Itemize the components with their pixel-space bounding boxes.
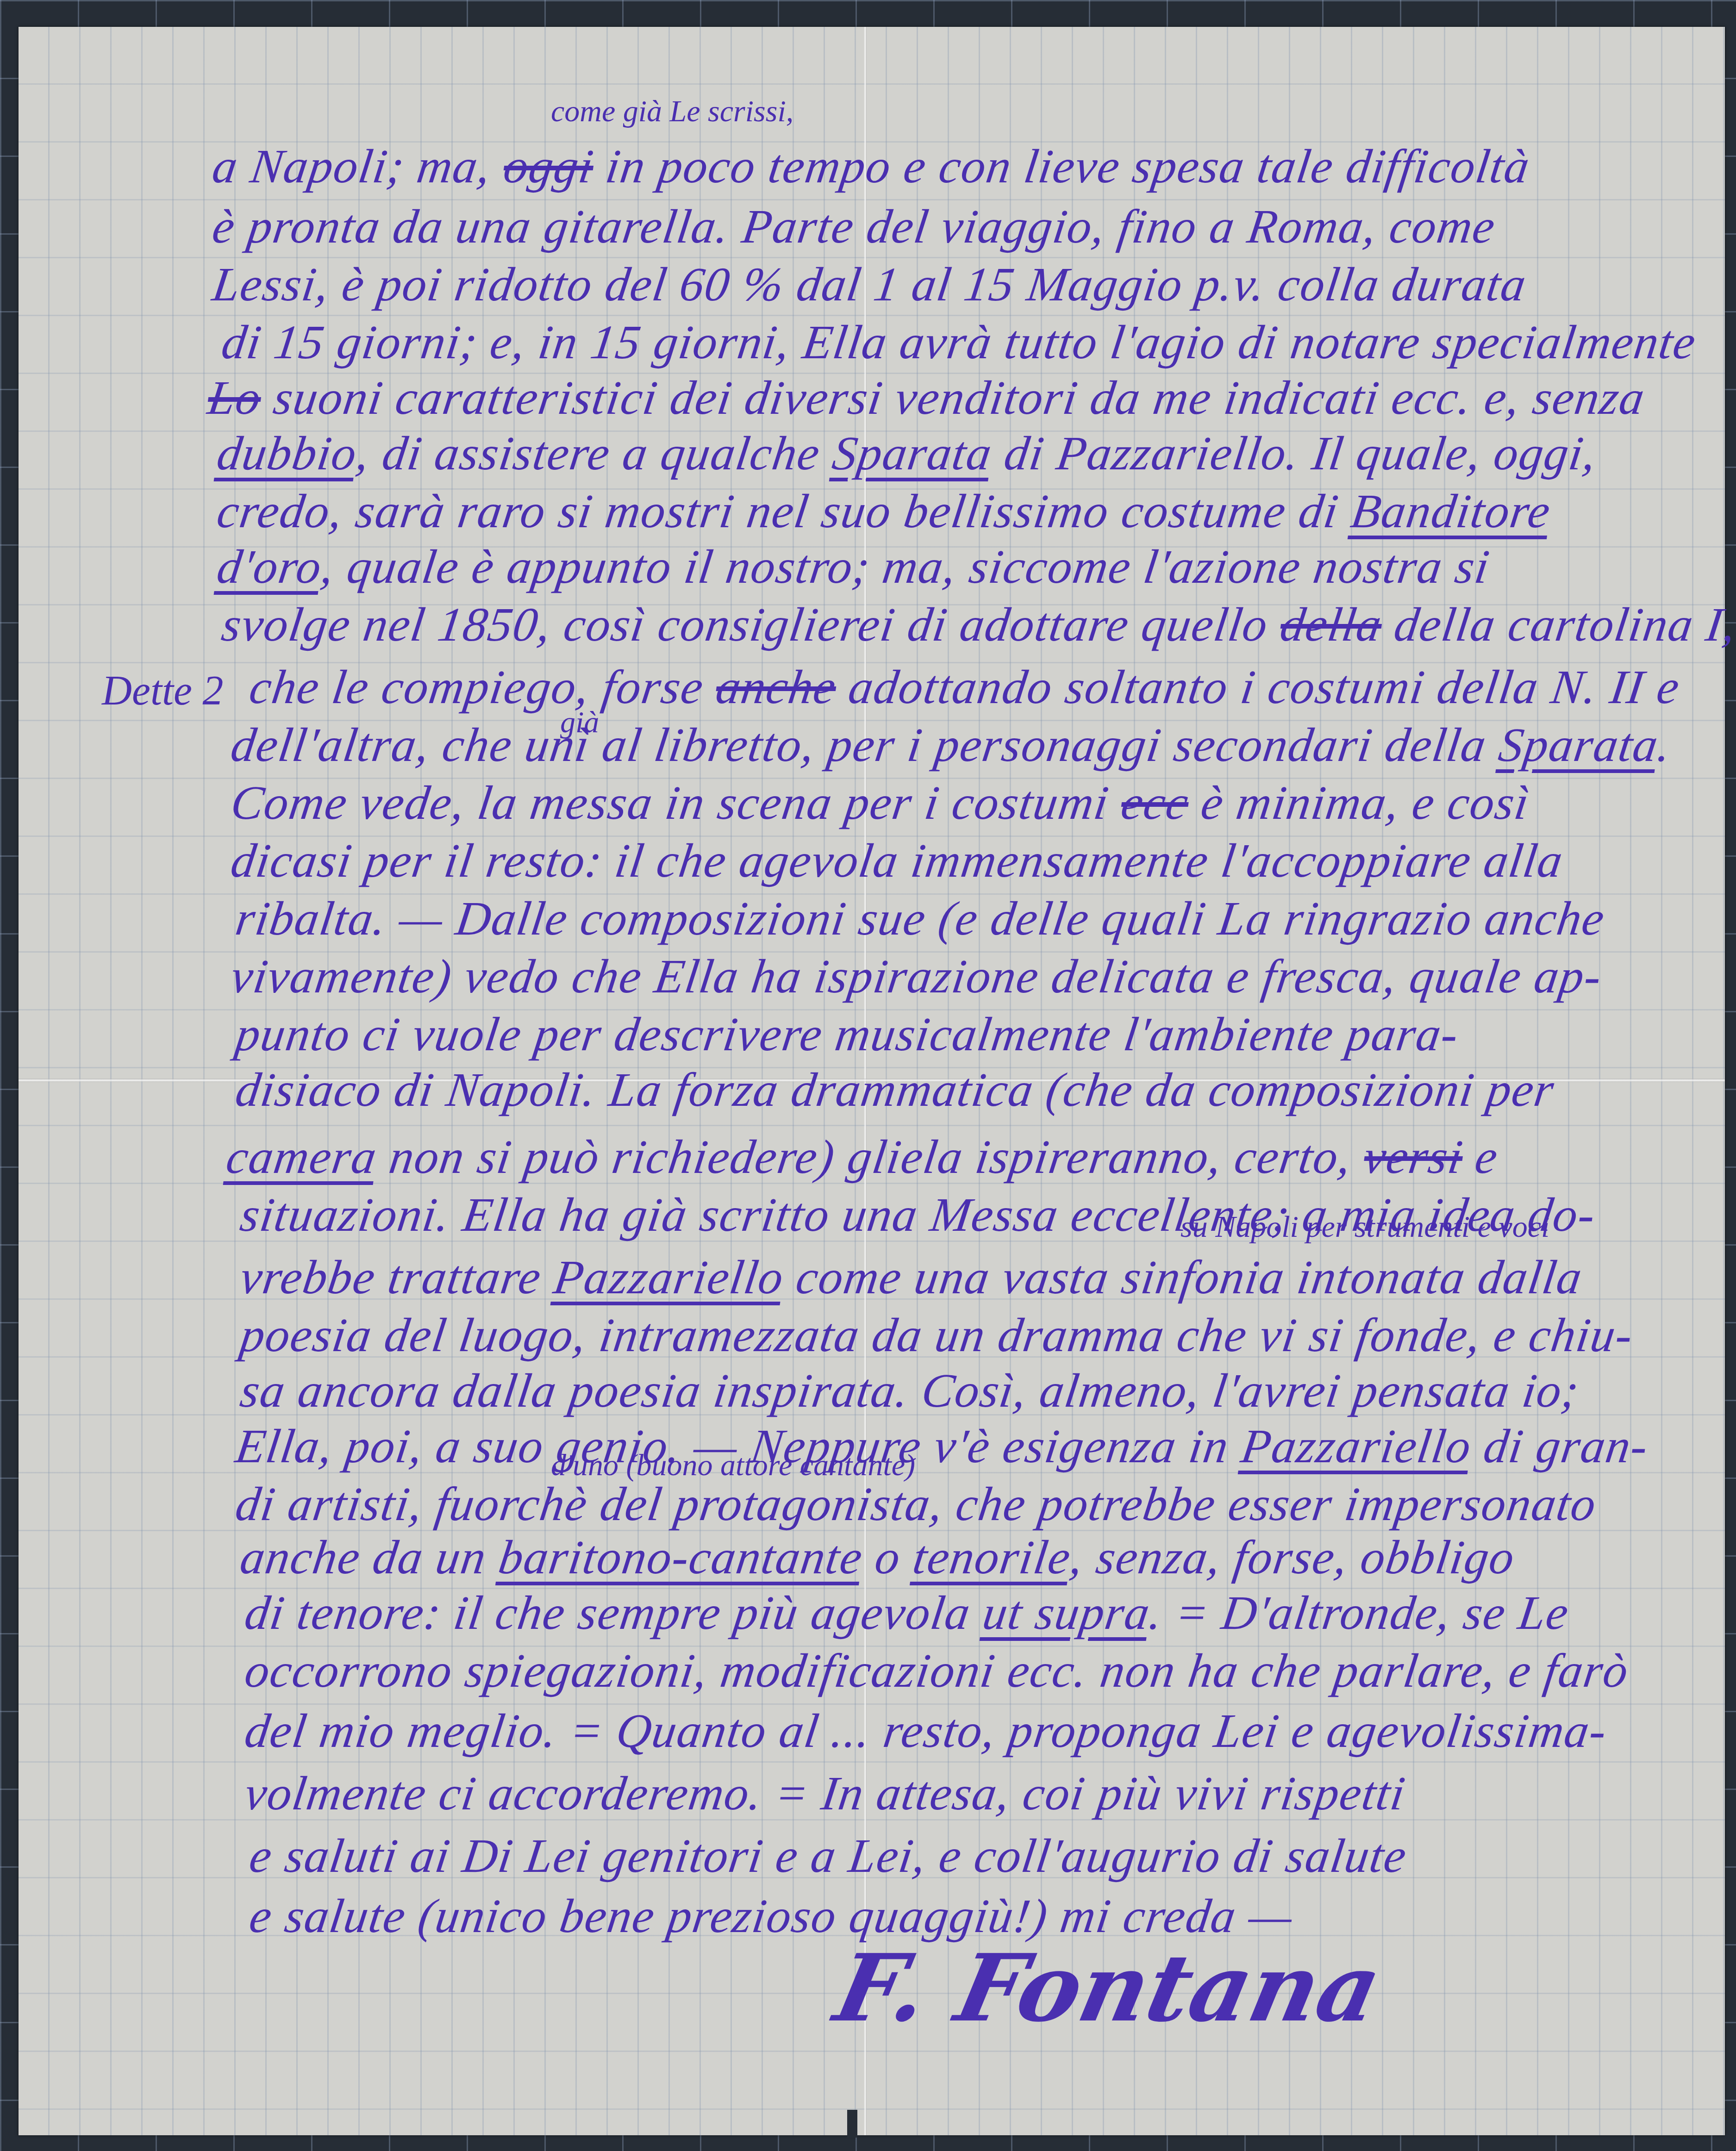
letter-line-5: Lo suoni caratteristici dei diversi vend… — [205, 374, 1648, 422]
letter-line-13: dicasi per il resto: il che agevola imme… — [228, 837, 1567, 885]
text: credo, sarà raro si mostri nel suo belli… — [214, 485, 1355, 538]
text: ribalta. — Dalle composizioni sue (e del… — [232, 892, 1608, 945]
struck-word: Lo — [205, 371, 265, 424]
letter-line-25: anche da un baritono-cantante o tenorile… — [237, 1534, 1518, 1582]
letter-line-9: svolge nel 1850, così consiglierei di ad… — [219, 601, 1736, 649]
struck-word: della — [1277, 598, 1386, 651]
struck-word: oggi — [500, 140, 597, 193]
text: disiaco di Napoli. La forza drammatica (… — [232, 1063, 1558, 1116]
text: vivamente) vedo che Ella ha ispirazione … — [228, 950, 1605, 1003]
text: di artisti, fuorchè del protagonista, ch… — [232, 1478, 1600, 1531]
text: sa ancora dalla poesia inspirata. Così, … — [237, 1364, 1583, 1417]
letter-line-27: occorrono spiegazioni, modificazioni ecc… — [242, 1647, 1632, 1695]
letter-line-23: Ella, poi, a suo genio. — Neppure v'è es… — [233, 1422, 1652, 1471]
letter-line-1: a Napoli; ma, oggi in poco tempo e con l… — [210, 143, 1533, 191]
letter-line-18: camera non si può richiedere) gliela isp… — [224, 1133, 1501, 1181]
text: e — [1459, 1130, 1502, 1184]
text: svolge nel 1850, così consiglierei di ad… — [219, 598, 1285, 651]
letter-line-2: è pronta da una gitarella. Parte del via… — [210, 203, 1499, 251]
text: di gran- — [1467, 1420, 1652, 1473]
text: vrebbe trattare — [237, 1251, 558, 1304]
text: è minima, e così — [1185, 776, 1533, 829]
text: Pazzariello — [1053, 427, 1290, 480]
underlined-word: baritono-cantante — [495, 1531, 866, 1584]
letter-line-17: disiaco di Napoli. La forza drammatica (… — [233, 1066, 1558, 1114]
text: è pronta da una gitarella. Parte del via… — [209, 200, 1499, 253]
letter-line-4: di 15 giorni; e, in 15 giorni, Ella avrà… — [219, 318, 1699, 367]
text: suoni caratteristici dei diversi vendito… — [257, 371, 1649, 424]
letter-line-29: volmente ci accorderemo. = In attesa, co… — [242, 1770, 1409, 1818]
text: e saluti ai Di Lei genitori e a Lei, e c… — [246, 1829, 1411, 1883]
text: di tenore: il che sempre più agevola — [242, 1586, 987, 1640]
letter-line-8: d'oro, quale è appunto il nostro; ma, si… — [214, 543, 1493, 591]
text: anche da un — [237, 1531, 503, 1584]
letter-line-24: di artisti, fuorchè del protagonista, ch… — [233, 1480, 1600, 1528]
text: Lessi, è poi ridotto del 60 % dal 1 al 1… — [209, 258, 1530, 311]
underlined-word: Pazzariello — [550, 1251, 787, 1304]
signature: F. Fontana — [826, 1934, 1390, 2043]
underlined-word: Pazzariello — [1238, 1420, 1475, 1473]
text: della cartolina I, — [1378, 598, 1736, 651]
text: occorrono spiegazioni, modificazioni ecc… — [242, 1644, 1632, 1697]
underlined-word: d'oro — [214, 540, 325, 593]
text: di — [988, 427, 1061, 480]
letter-line-3: Lessi, è poi ridotto del 60 % dal 1 al 1… — [210, 261, 1530, 309]
interlinear-note: d'uno (buono attore cantante) — [551, 1450, 915, 1481]
margin-note: Dette 2 — [102, 670, 223, 712]
letter-line-11: dell'altra, che unì al libretto, per i p… — [228, 721, 1675, 769]
paper-tear — [847, 2110, 857, 2138]
text: , quale è appunto il nostro; ma, siccome… — [318, 540, 1493, 593]
letter-line-10: che le compiego, forse anche adottando s… — [247, 663, 1683, 711]
text: che le compiego, forse — [246, 661, 720, 714]
letter-line-21: poesia del luogo, intramezzata da un dra… — [237, 1311, 1636, 1359]
text: a Napoli; ma, — [209, 140, 508, 193]
text: , di assistere a qualche — [353, 427, 837, 480]
text: . = D'altronde, se Le — [1146, 1586, 1573, 1640]
text: Come vede, la messa in scena per i costu… — [228, 776, 1125, 829]
interlinear-note: come già Le scrissi, — [551, 96, 793, 127]
letter-line-30: e saluti ai Di Lei genitori e a Lei, e c… — [247, 1832, 1410, 1880]
underlined-word: camera — [223, 1130, 381, 1184]
letter-line-15: vivamente) vedo che Ella ha ispirazione … — [228, 953, 1605, 1001]
text: dicasi per il resto: il che agevola imme… — [228, 834, 1567, 887]
letter-line-6: dubbio, di assistere a qualche Sparata d… — [214, 430, 1600, 478]
letter-page: come già Le scrissi, a Napoli; ma, oggi … — [19, 27, 1725, 2135]
struck-word: anche — [713, 661, 840, 714]
letter-line-14: ribalta. — Dalle composizioni sue (e del… — [233, 895, 1608, 943]
letter-line-7: credo, sarà raro si mostri nel suo belli… — [214, 487, 1554, 536]
interlinear-note: su Napoli per strumenti e voci — [1180, 1212, 1549, 1242]
underlined-word: ut supra — [980, 1586, 1154, 1640]
underlined-word: tenorile — [910, 1531, 1074, 1584]
text: poesia del luogo, intramezzata da un dra… — [237, 1309, 1636, 1362]
text: in poco tempo e con lieve spesa tale dif… — [590, 140, 1534, 193]
underlined-word: Banditore — [1348, 485, 1554, 538]
text: dell'altra, che unì al libretto, per i p… — [228, 718, 1503, 772]
text: come una vasta sinfonia intonata dalla — [780, 1251, 1586, 1304]
struck-word: ecc — [1118, 776, 1193, 829]
letter-line-28: del mio meglio. = Quanto al ... resto, p… — [242, 1707, 1610, 1755]
text: , senza, forse, obbligo — [1067, 1531, 1518, 1584]
letter-line-22: sa ancora dalla poesia inspirata. Così, … — [237, 1367, 1583, 1415]
text: non si può richiedere) gliela ispirerann… — [373, 1130, 1368, 1184]
underlined-word: Sparata — [1496, 718, 1662, 772]
text: di 15 giorni; e, in 15 giorni, Ella avrà… — [219, 316, 1699, 369]
struck-word: versi — [1361, 1130, 1466, 1184]
letter-line-12: Come vede, la messa in scena per i costu… — [228, 779, 1533, 827]
text: volmente ci accorderemo. = In attesa, co… — [242, 1767, 1409, 1820]
text: adottando soltanto i costumi della N. II… — [832, 661, 1683, 714]
letter-line-16: punto ci vuole per descrivere musicalmen… — [233, 1010, 1462, 1059]
text: . Il quale, oggi, — [1283, 427, 1600, 480]
letter-line-20: vrebbe trattare Pazzariello come una vas… — [237, 1253, 1586, 1302]
text: o — [859, 1531, 917, 1584]
underlined-word: Sparata — [829, 427, 996, 480]
text: del mio meglio. = Quanto al ... resto, p… — [242, 1704, 1611, 1758]
underlined-word: dubbio — [214, 427, 361, 480]
letter-line-26: di tenore: il che sempre più agevola ut … — [242, 1589, 1572, 1637]
text: punto ci vuole per descrivere musicalmen… — [232, 1008, 1462, 1061]
letter-line-31: e salute (unico bene prezioso quaggiù!) … — [247, 1892, 1296, 1940]
